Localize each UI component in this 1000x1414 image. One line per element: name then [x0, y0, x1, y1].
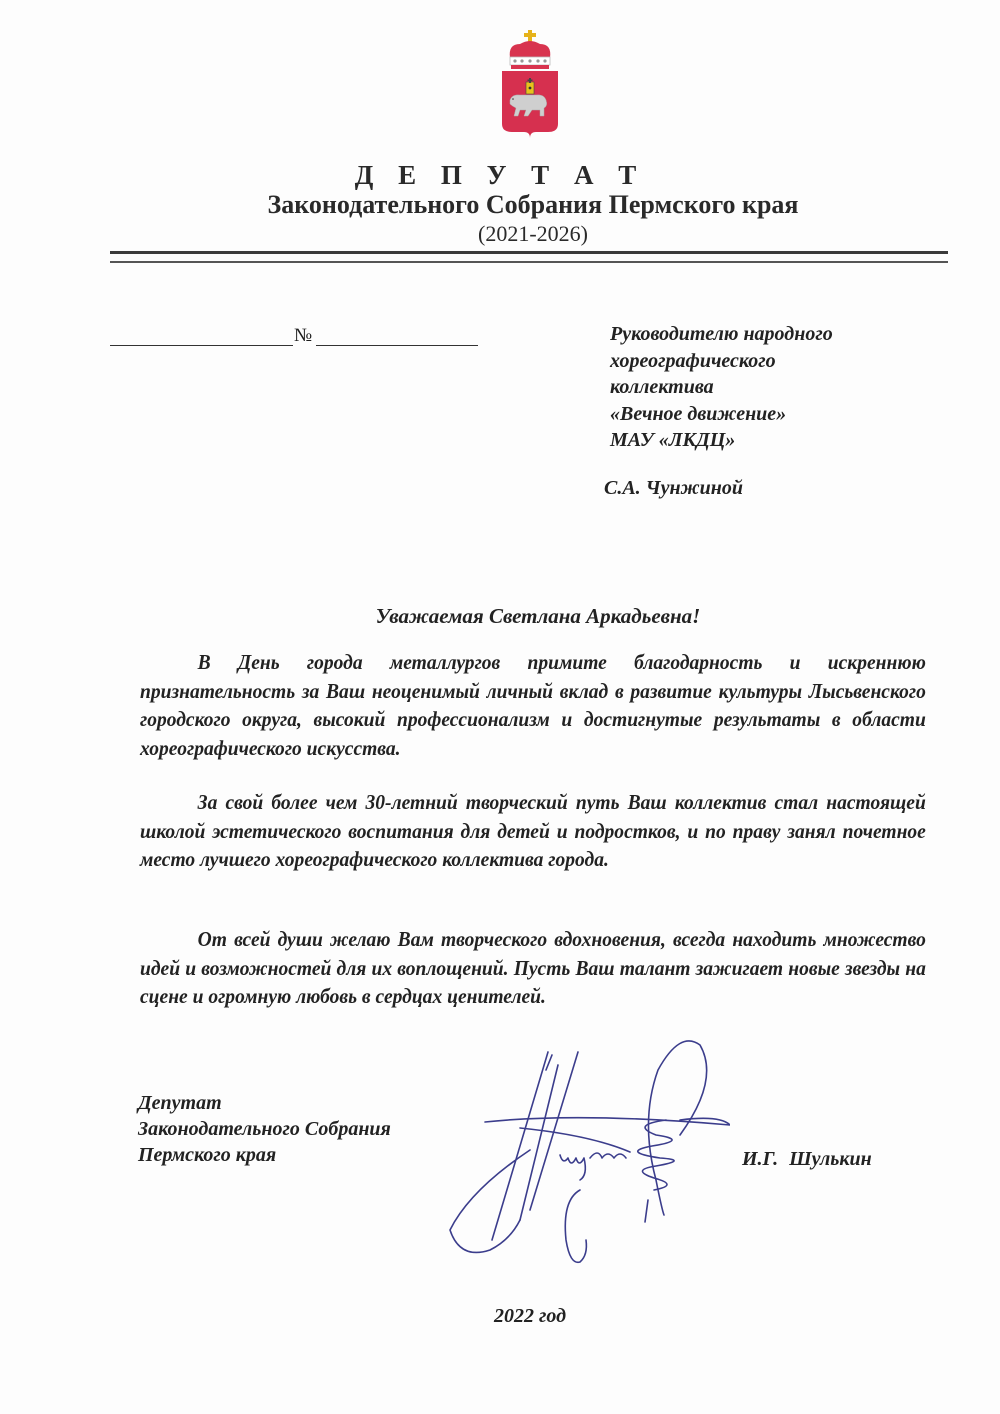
date-blank-line: [110, 345, 293, 346]
letter-paragraph: За свой более чем 30-летний творческий п…: [140, 788, 926, 874]
header-title: Д Е П У Т А Т: [0, 160, 1000, 191]
registration-number-field: №: [110, 325, 480, 351]
addressee-line: хореографического: [610, 348, 940, 375]
letter-paragraph: В День города металлургов примите благод…: [140, 648, 926, 762]
signer-name: И.Г. Шулькин: [742, 1148, 872, 1171]
number-sign: №: [294, 325, 312, 347]
handwritten-signature-icon: [430, 1040, 730, 1270]
header-rule-thin: [110, 261, 948, 263]
addressee-line: Руководителю народного: [610, 321, 940, 348]
header-term: (2021-2026): [0, 221, 1000, 247]
number-blank-line: [316, 345, 478, 346]
header-subtitle: Законодательного Собрания Пермского края: [0, 190, 1000, 220]
position-line: Депутат: [138, 1090, 391, 1116]
salutation: Уважаемая Светлана Аркадьевна!: [0, 604, 1000, 629]
coat-of-arms-icon: [498, 28, 562, 148]
addressee-line: «Вечное движение»: [610, 401, 940, 428]
position-line: Законодательного Собрания: [138, 1116, 391, 1142]
addressee-block: Руководителю народного хореографического…: [610, 321, 940, 501]
letter-page: Д Е П У Т А Т Законодательного Собрания …: [0, 0, 1000, 1414]
letter-paragraph: От всей души желаю Вам творческого вдохн…: [140, 925, 926, 1011]
document-year: 2022 год: [0, 1305, 1000, 1328]
header-rule-thick: [110, 251, 948, 254]
position-line: Пермского края: [138, 1142, 391, 1168]
addressee-line: МАУ «ЛКДЦ»: [610, 427, 940, 454]
addressee-line: коллектива: [610, 374, 940, 401]
addressee-name: С.А. Чунжиной: [604, 475, 940, 502]
signatory-position: Депутат Законодательного Собрания Пермск…: [138, 1090, 391, 1168]
